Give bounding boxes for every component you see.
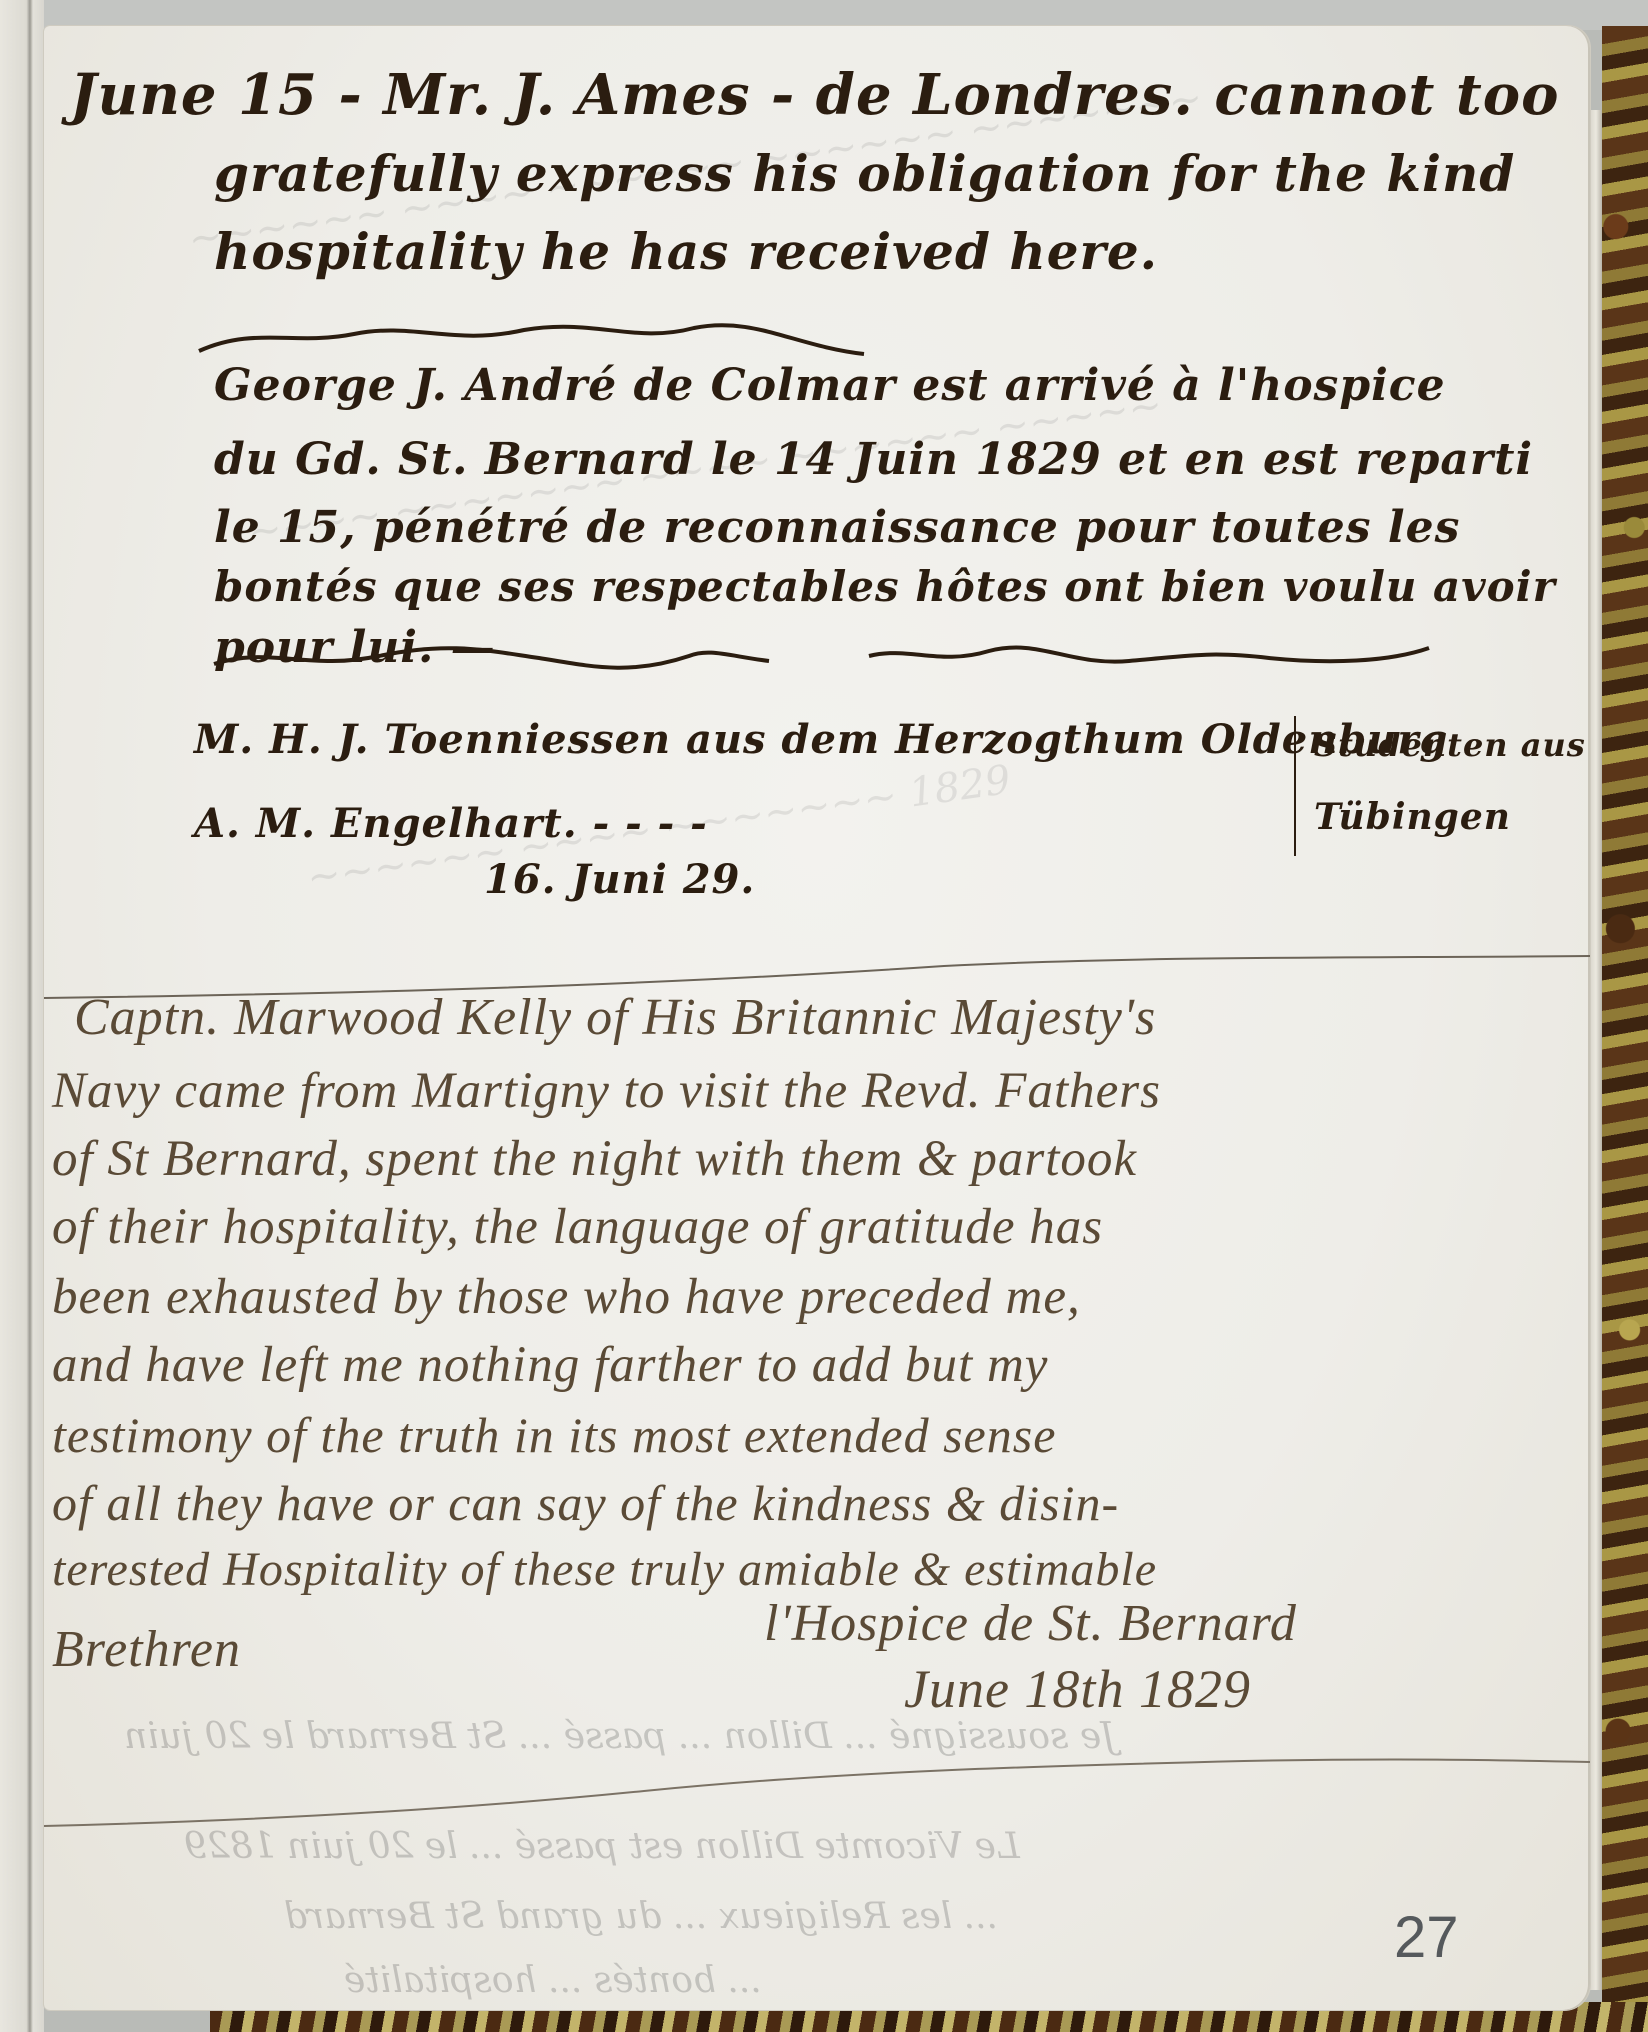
entry-line: been exhausted by those who have precede… [52, 1268, 1081, 1326]
page-fore-edge [1590, 110, 1602, 1990]
entry-line: of all they have or can say of the kindn… [52, 1474, 1119, 1532]
bleed-through-text: Je soussigné ... Dillon ... passé ... St… [124, 1716, 1116, 1757]
bleed-through-text: ... bontés ... hospitalité [344, 1960, 762, 2001]
signature-date: June 18th 1829 [904, 1658, 1251, 1720]
page-number: 27 [1394, 1904, 1459, 1971]
entry-line: of their hospitality, the language of gr… [52, 1198, 1103, 1256]
entry-line: Brethren [52, 1620, 241, 1679]
manuscript-page: ~~~~~~ ~~~~ ~~~~~~ ~~~~~~ ~~~~~~~ ~~~~ ~… [44, 26, 1590, 2010]
entry-kelly: Captn. Marwood Kelly of His Britannic Ma… [44, 26, 1590, 2010]
entry-line: and have left me nothing farther to add … [52, 1336, 1048, 1394]
signature-place: l'Hospice de St. Bernard [764, 1594, 1297, 1653]
entry-line: Captn. Marwood Kelly of His Britannic Ma… [74, 988, 1156, 1047]
bleed-through-text: Le Vicomte Dillon est passé ... le 20 ju… [184, 1826, 1020, 1867]
entry-line: of St Bernard, spent the night with them… [52, 1130, 1137, 1188]
entry-line: Navy came from Martigny to visit the Rev… [52, 1062, 1161, 1120]
marbled-cover-right [1602, 26, 1648, 2032]
bleed-through-text: ... les Religieux ... du grand St Bernar… [284, 1896, 998, 1937]
adjacent-page-edge [0, 0, 44, 2032]
entry-line: testimony of the truth in its most exten… [52, 1406, 1056, 1464]
entry-line: terested Hospitality of these truly amia… [52, 1542, 1157, 1597]
